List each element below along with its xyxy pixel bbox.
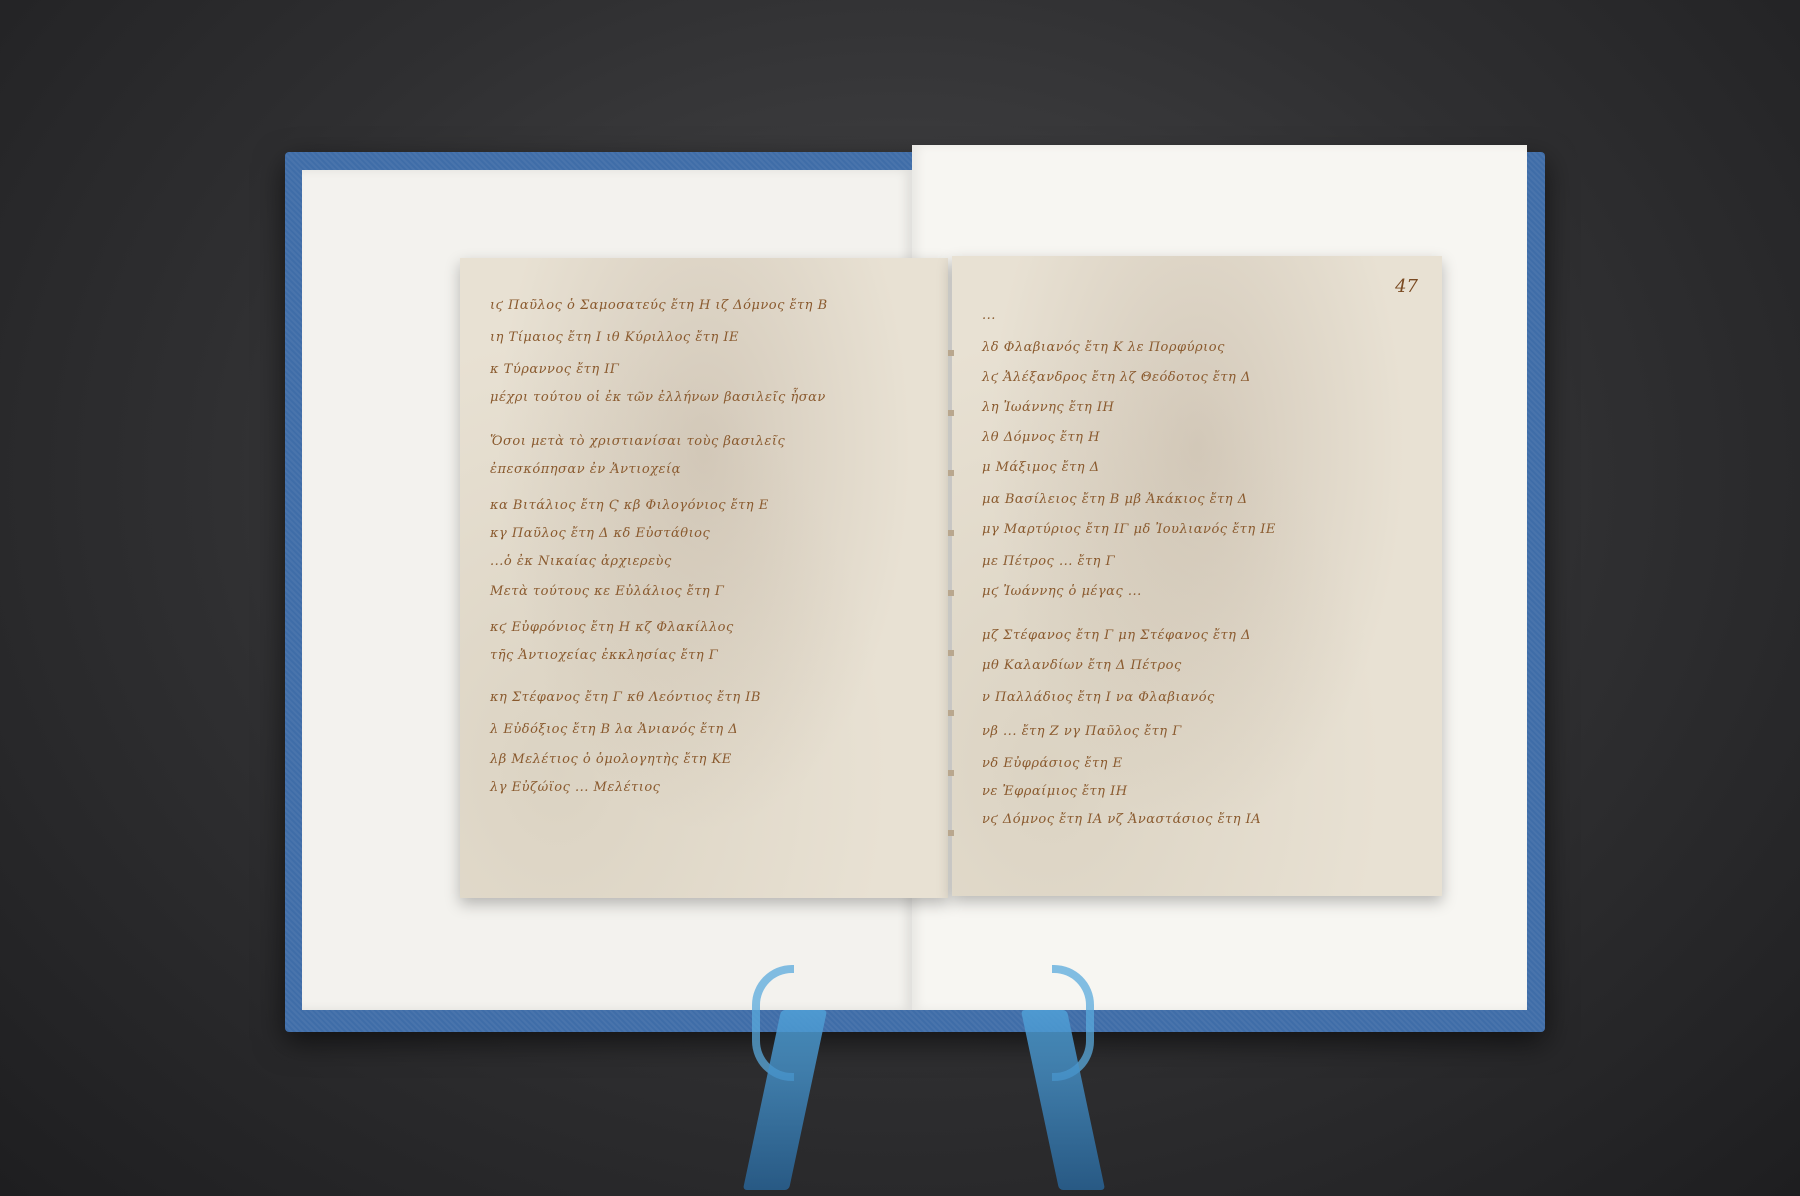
manuscript-line: κ Τύραννος ἔτη ΙΓ [490,362,918,377]
manuscript-line: μέχρι τούτου οἱ ἐκ τῶν ἐλλήνων βασιλεῖς … [490,390,918,405]
manuscript-line: λδ Φλαβιανός ἔτη Κ λε Πορφύριος [982,340,1412,355]
manuscript-line: Ὅσοι μετὰ τὸ χριστιανίσαι τοὺς βασιλεῖς [490,434,918,449]
manuscript-line: λϛ Ἀλέξανδρος ἔτη λζ Θεόδοτος ἔτη Δ [982,370,1412,385]
manuscript-line: κα Βιτάλιος ἔτη Ϛ κβ Φιλογόνιος ἔτη Ε [490,498,918,513]
manuscript-line: ... [982,308,1412,323]
manuscript-line: με Πέτρος ... ἔτη Γ [982,554,1412,569]
manuscript-line: μζ Στέφανος ἔτη Γ μη Στέφανος ἔτη Δ [982,628,1412,643]
manuscript-line: ...ὁ ἐκ Νικαίας ἀρχιερεὺς [490,554,918,569]
manuscript-line: λη Ἰωάννης ἔτη ΙΗ [982,400,1412,415]
manuscript-line: λγ Εὐζώϊος ... Μελέτιος [490,780,918,795]
manuscript-line: μθ Καλανδίων ἔτη Δ Πέτρος [982,658,1412,673]
folio-number: 47 [1395,276,1418,297]
manuscript-line: τῆς Ἀντιοχείας ἐκκλησίας ἔτη Γ [490,648,918,663]
manuscript-line: λθ Δόμνος ἔτη Η [982,430,1412,445]
manuscript-line: νϛ Δόμνος ἔτη ΙΑ νζ Ἀναστάσιος ἔτη ΙΑ [982,812,1412,827]
manuscript-line: μα Βασίλειος ἔτη Β μβ Ἀκάκιος ἔτη Δ [982,492,1412,507]
manuscript-line: μϛ Ἰωάννης ὁ μέγας ... [982,584,1412,599]
manuscript-line: κη Στέφανος ἔτη Γ κθ Λεόντιος ἔτη ΙΒ [490,690,918,705]
manuscript-line: νβ ... ἔτη Ζ νγ Παῦλος ἔτη Γ [982,724,1412,739]
manuscript-line: Μετὰ τούτους κε Εὐλάλιος ἔτη Γ [490,584,918,599]
manuscript-line: κγ Παῦλος ἔτη Δ κδ Εὐστάθιος [490,526,918,541]
manuscript-line: κϛ Εὐφρόνιος ἔτη Η κζ Φλακίλλος [490,620,918,635]
manuscript-line: λβ Μελέτιος ὁ ὁμολογητὴς ἔτη ΚΕ [490,752,918,767]
manuscript-line: νδ Εὐφράσιος ἔτη Ε [982,756,1412,771]
manuscript-line: μγ Μαρτύριος ἔτη ΙΓ μδ Ἰουλιανός ἔτη ΙΕ [982,522,1412,537]
manuscript-line: μ Μάξιμος ἔτη Δ [982,460,1412,475]
binding-stitches [948,350,954,870]
manuscript-right-page: 47 ... λδ Φλαβιανός ἔτη Κ λε Πορφύριος λ… [952,256,1442,896]
manuscript-left-page: ιϛ Παῦλος ὁ Σαμοσατεύς ἔτη Η ιζ Δόμνος ἔ… [460,258,948,898]
manuscript-line: ἐπεσκόπησαν ἐν Ἀντιοχείᾳ [490,462,918,477]
manuscript-line: ιϛ Παῦλος ὁ Σαμοσατεύς ἔτη Η ιζ Δόμνος ἔ… [490,298,918,313]
manuscript-line: λ Εὐδόξιος ἔτη Β λα Ἀνιανός ἔτη Δ [490,722,918,737]
manuscript-line: ν Παλλάδιος ἔτη Ι να Φλαβιανός [982,690,1412,705]
manuscript-line: ιη Τίμαιος ἔτη Ι ιθ Κύριλλος ἔτη ΙΕ [490,330,918,345]
manuscript-line: νε Ἐφραίμιος ἔτη ΙΗ [982,784,1412,799]
